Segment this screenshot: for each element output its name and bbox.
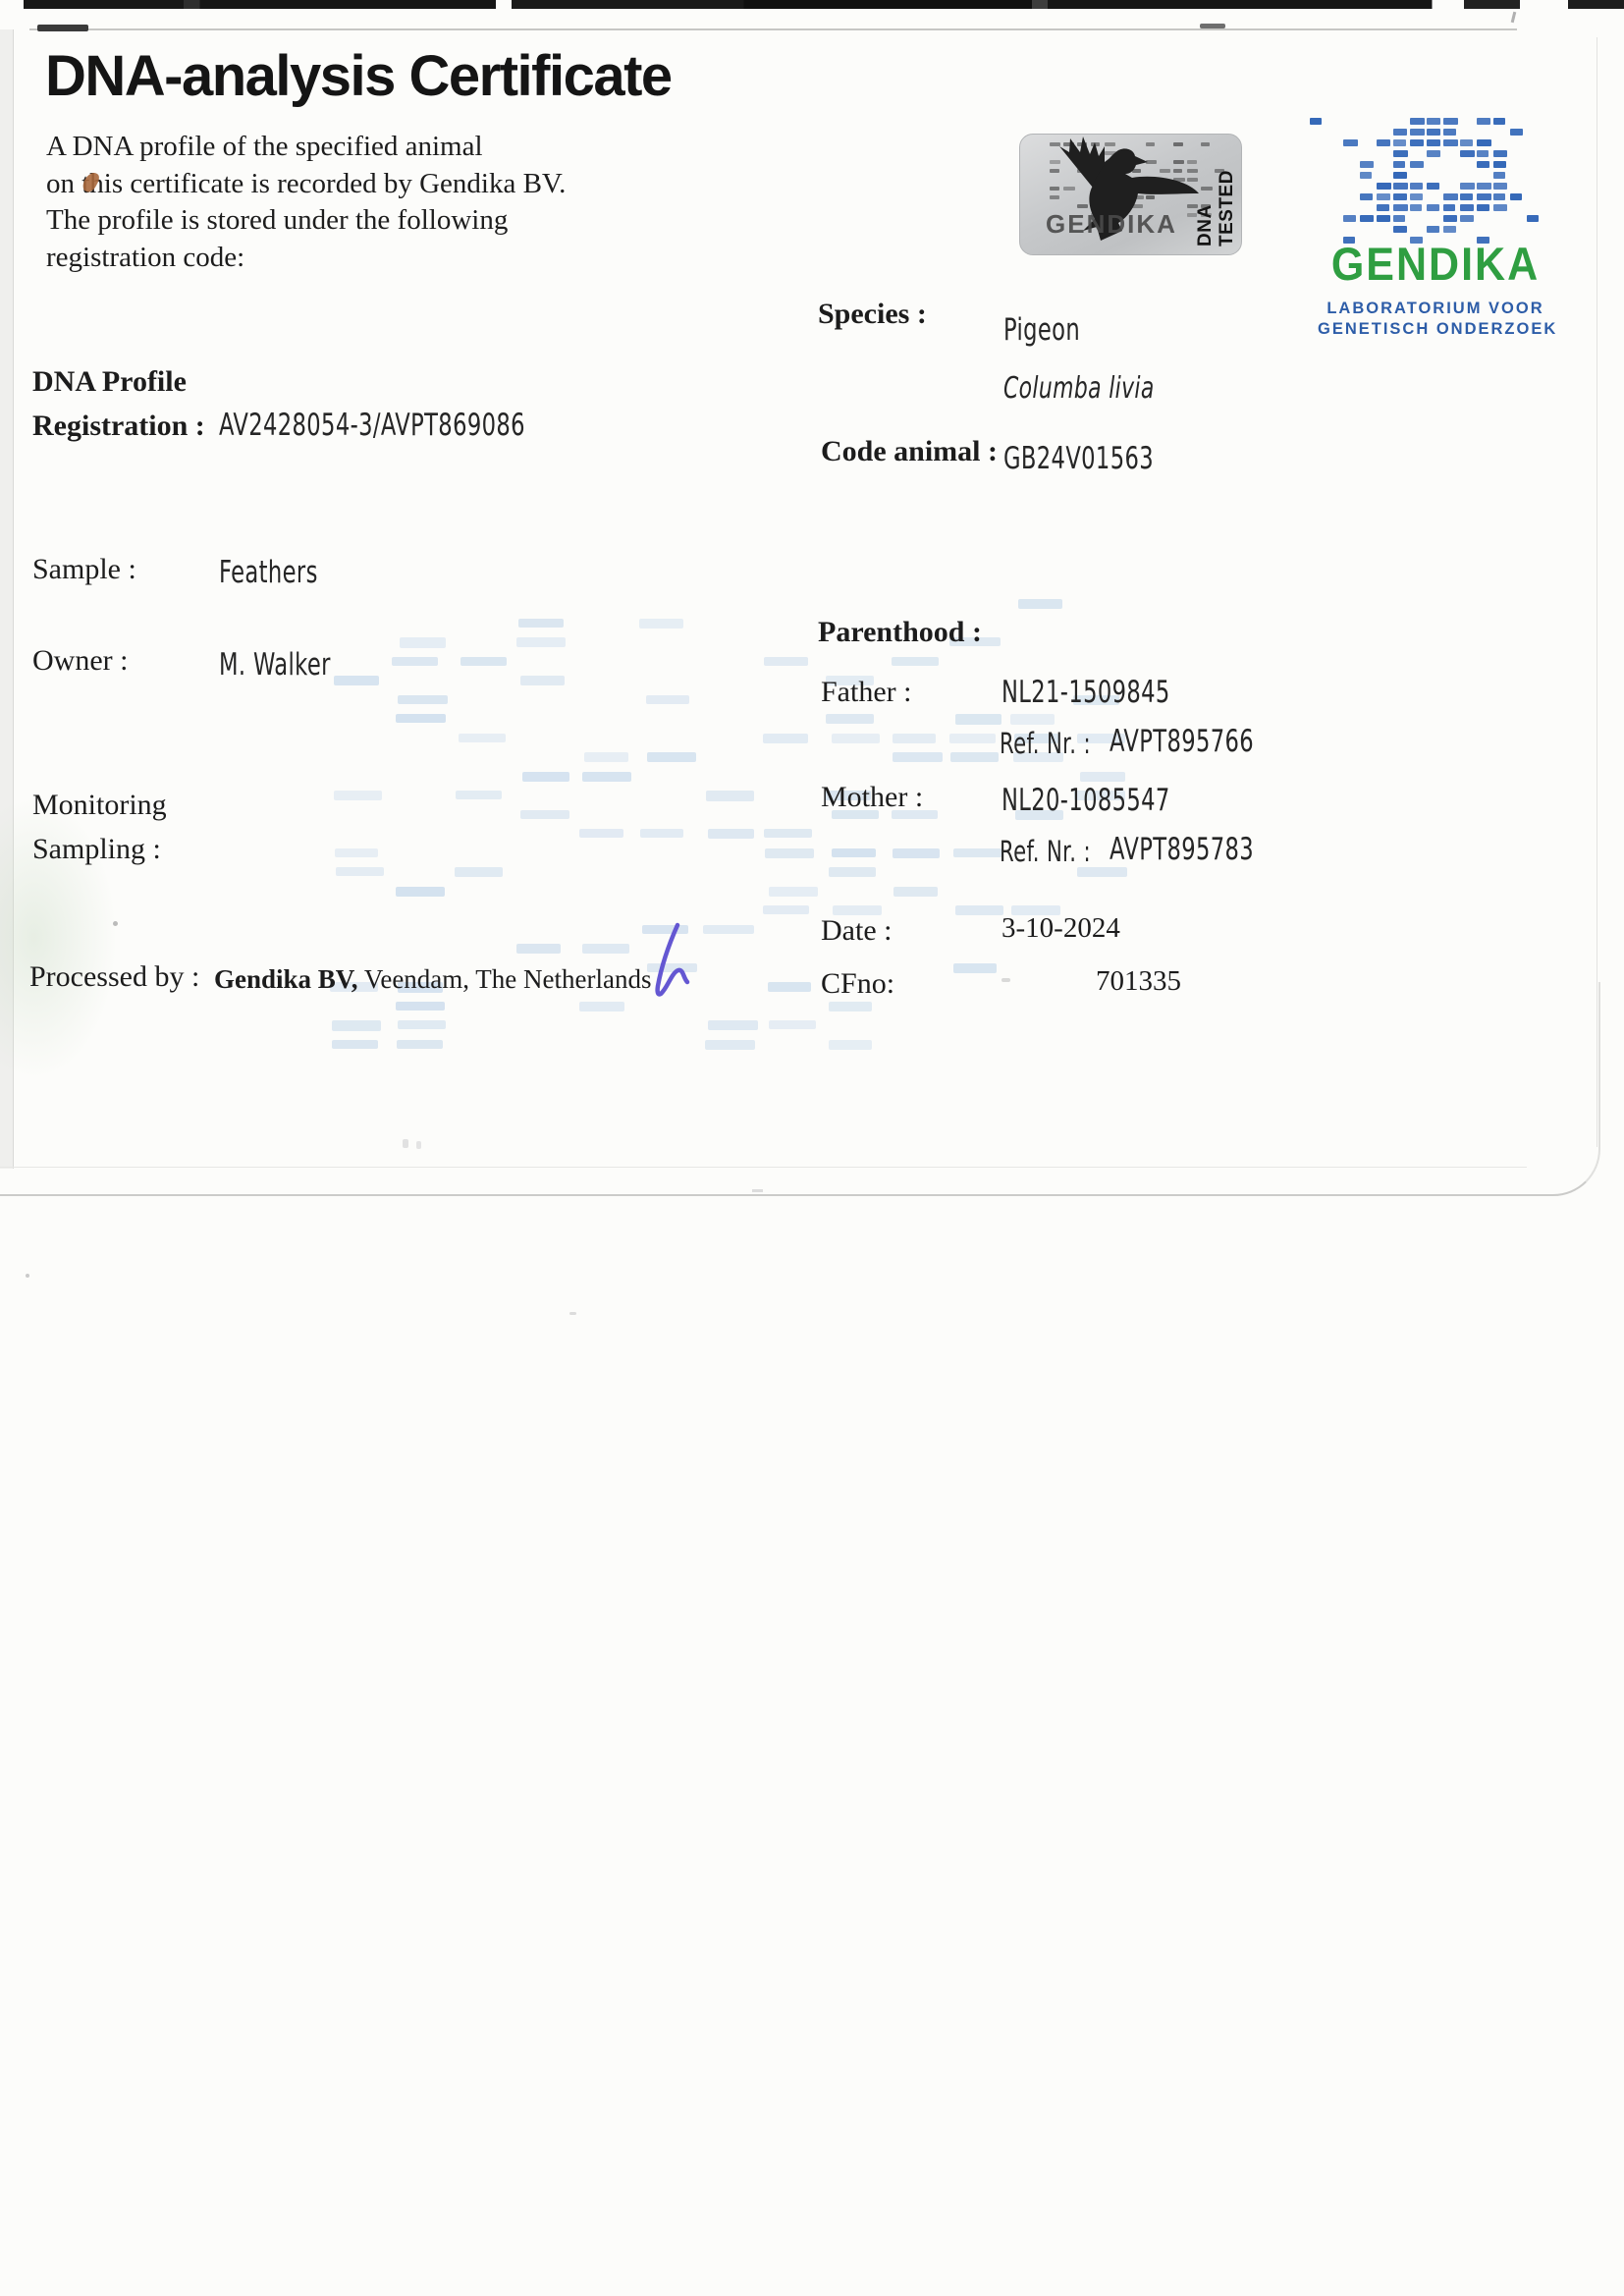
pattern-dash (829, 867, 876, 877)
pattern-dash (1443, 204, 1455, 211)
pattern-dash (708, 829, 754, 839)
pattern-dash (1393, 139, 1406, 146)
pattern-dash (1510, 129, 1523, 136)
pattern-dash (1477, 150, 1489, 157)
pattern-dash (1377, 139, 1390, 146)
pattern-dash (522, 772, 569, 783)
pattern-dash (584, 752, 628, 762)
pattern-dash (1377, 215, 1390, 222)
pattern-dash (1443, 193, 1458, 200)
scan-mark-top-left (37, 25, 88, 31)
pattern-dash (1460, 139, 1473, 146)
mother-ref-value: AVPT895783 (1110, 832, 1254, 867)
processed-location: Veendam, The Netherlands (358, 964, 652, 994)
pattern-dash (1427, 204, 1439, 211)
intro-line: The profile is stored under the followin… (46, 202, 566, 240)
pattern-dash (336, 867, 383, 876)
pattern-dash (455, 867, 502, 877)
pattern-dash (765, 848, 814, 858)
pattern-dash (392, 657, 438, 667)
cfno-label: CFno: (821, 967, 894, 1001)
card-bottom-edge (0, 982, 1600, 1196)
pattern-dash (1410, 129, 1425, 136)
pattern-dash (1343, 215, 1356, 222)
pattern-dash (763, 734, 808, 743)
species-label: Species : (818, 298, 927, 331)
pattern-dash (1427, 129, 1440, 136)
intro-line: registration code: (46, 240, 566, 277)
pattern-dash (460, 657, 507, 666)
pattern-dash (949, 734, 996, 743)
code-animal-label: Code animal : (821, 435, 998, 468)
pattern-dash (1377, 204, 1389, 211)
date-value: 3-10-2024 (1001, 912, 1120, 945)
gendika-logo-wordmark: GENDIKA (1318, 239, 1553, 292)
pattern-dash (1360, 215, 1374, 222)
pattern-dash (1377, 193, 1390, 200)
owner-value: M. Walker (219, 647, 331, 683)
pattern-dash (1310, 118, 1322, 125)
pattern-dash (892, 657, 939, 667)
pattern-dash (1443, 139, 1458, 146)
pattern-dash (1393, 161, 1405, 168)
scan-mark-top-right (1511, 12, 1517, 23)
pattern-dash (582, 772, 631, 783)
page-title: DNA-analysis Certificate (45, 43, 672, 109)
pattern-dash (1477, 204, 1489, 211)
mother-label: Mother : (821, 781, 923, 814)
pattern-dash (516, 637, 566, 647)
pattern-dash (520, 676, 566, 685)
pattern-dash (1018, 599, 1062, 609)
pattern-dash (1493, 150, 1507, 157)
pattern-dash (1427, 150, 1440, 157)
card-top-rule (29, 28, 1517, 30)
pattern-dash (1477, 193, 1491, 200)
sticker-dna-tested-text: DNA TESTED (1195, 142, 1238, 246)
pattern-dash (1493, 193, 1505, 200)
monitoring-label-line1: Monitoring (32, 789, 167, 822)
pattern-dash (1477, 161, 1489, 168)
processed-company: Gendika BV, (214, 964, 358, 994)
scan-speck (113, 921, 118, 926)
pattern-dash (1460, 193, 1473, 200)
pattern-dash (1493, 172, 1505, 179)
pattern-dash (1410, 161, 1424, 168)
pattern-dash (1393, 150, 1408, 157)
registration-label-line2: Registration : (32, 410, 205, 443)
pattern-dash (639, 619, 683, 629)
pattern-dash (1427, 226, 1439, 233)
pattern-dash (640, 829, 684, 838)
father-ref-value: AVPT895766 (1110, 724, 1254, 759)
pattern-dash (1393, 226, 1407, 233)
scan-top-edge (24, 0, 1624, 9)
intro-paragraph: A DNA profile of the specified animal on… (46, 129, 566, 276)
pattern-dash (579, 829, 623, 838)
pattern-dash (1527, 215, 1539, 222)
species-latin-name: Columba livia (1003, 371, 1155, 406)
pattern-dash (1393, 193, 1407, 200)
scan-speck (1001, 978, 1010, 982)
mother-value: NL20-1085547 (1001, 783, 1170, 818)
father-value: NL21-1509845 (1001, 675, 1170, 710)
pattern-dash (1393, 204, 1408, 211)
pen-checkmark (648, 921, 703, 1004)
pattern-dash (398, 695, 448, 705)
scan-mark-top-center (1200, 24, 1225, 28)
intro-line: A DNA profile of the specified animal (46, 129, 566, 166)
sample-label: Sample : (32, 553, 136, 586)
pattern-dash (955, 905, 1003, 915)
cfno-value: 701335 (1096, 965, 1181, 998)
scan-speck (569, 1312, 576, 1315)
processed-by-value: Gendika BV, Veendam, The Netherlands (214, 964, 651, 995)
species-value: Pigeon (1003, 312, 1080, 348)
pattern-dash (1360, 172, 1372, 179)
scan-speck (403, 1139, 408, 1148)
intro-line: on this certificate is recorded by Gendi… (46, 166, 566, 203)
scan-speck (752, 1189, 763, 1192)
pattern-dash (1393, 183, 1408, 190)
pattern-dash (769, 887, 818, 898)
pattern-dash (400, 637, 446, 648)
date-label: Date : (821, 914, 892, 948)
scan-speck (26, 1274, 29, 1278)
pattern-dash (1443, 215, 1457, 222)
registration-label-line1: DNA Profile (32, 365, 187, 399)
sample-value: Feathers (219, 555, 318, 590)
processed-by-label: Processed by : (29, 960, 199, 994)
pattern-dash (334, 676, 379, 685)
pattern-dash (1410, 118, 1425, 125)
pattern-dash (1443, 118, 1458, 125)
pattern-dash (1493, 183, 1507, 190)
gendika-logo-mosaic (1306, 114, 1586, 246)
parenthood-label: Parenthood : (818, 616, 982, 649)
pattern-dash (1410, 193, 1423, 200)
pattern-dash (953, 963, 998, 973)
pattern-dash (1427, 139, 1440, 146)
pattern-dash (826, 714, 874, 724)
pattern-dash (1460, 215, 1474, 222)
pattern-dash (1410, 139, 1424, 146)
pattern-dash (893, 887, 937, 897)
mother-ref-label: Ref. Nr. : (1000, 835, 1091, 868)
pattern-dash (1427, 183, 1439, 190)
pattern-dash (1493, 204, 1507, 211)
pattern-dash (582, 944, 629, 954)
pattern-dash (1477, 139, 1491, 146)
monitoring-label-line2: Sampling : (32, 833, 161, 866)
pattern-dash (1080, 772, 1125, 782)
pattern-dash (1427, 118, 1440, 125)
pattern-dash (459, 734, 506, 742)
pattern-dash (832, 848, 876, 857)
pattern-dash (1010, 714, 1055, 725)
pattern-dash (1460, 204, 1474, 211)
pattern-dash (334, 791, 382, 800)
pattern-dash (520, 810, 569, 819)
pattern-dash (893, 848, 941, 859)
pattern-dash (763, 905, 809, 914)
pattern-dash (1343, 139, 1358, 146)
pattern-dash (953, 848, 1003, 858)
pattern-dash (706, 791, 754, 801)
pattern-dash (955, 714, 1002, 725)
pattern-dash (764, 657, 808, 666)
pattern-dash (647, 752, 696, 762)
pattern-dash (335, 848, 378, 858)
pattern-dash (1360, 193, 1373, 200)
pattern-dash (1393, 172, 1407, 179)
pattern-dash (516, 944, 561, 954)
pattern-dash (1510, 193, 1522, 200)
pattern-dash (1377, 183, 1391, 190)
pattern-dash (1493, 118, 1505, 125)
pattern-dash (456, 791, 502, 799)
sticker-brand-text: GENDIKA (1046, 209, 1177, 240)
card-right-edge (1597, 37, 1597, 1147)
pattern-dash (396, 714, 446, 723)
pattern-dash (1410, 183, 1423, 190)
pattern-dash (832, 734, 879, 743)
scanned-certificate-page: DNA-analysis Certificate A DNA profile o… (0, 0, 1624, 2296)
pattern-dash (518, 619, 564, 629)
scan-speck (416, 1141, 421, 1149)
pattern-dash (1460, 150, 1475, 157)
pattern-dash (703, 925, 754, 935)
pattern-dash (1477, 183, 1491, 190)
pattern-dash (1393, 215, 1405, 222)
hologram-sticker: GENDIKA DNA TESTED (1019, 134, 1242, 255)
pattern-dash (764, 829, 812, 838)
pattern-dash (1443, 226, 1456, 233)
pattern-dash (893, 734, 936, 743)
code-animal-value: GB24V01563 (1003, 441, 1154, 476)
pattern-dash (950, 752, 999, 762)
pattern-dash (1493, 161, 1506, 168)
pattern-dash (1443, 129, 1456, 136)
gendika-logo-tagline: LABORATORIUM VOOR GENETISCH ONDERZOEK (1318, 299, 1553, 340)
owner-label: Owner : (32, 644, 128, 678)
tagline-line2: GENETISCH ONDERZOEK (1318, 319, 1553, 340)
registration-value: AV2428054-3/AVPT869086 (219, 408, 525, 443)
pattern-dash (1460, 183, 1475, 190)
pattern-dash (1393, 129, 1407, 136)
father-label: Father : (821, 676, 911, 709)
pattern-dash (1410, 204, 1422, 211)
pattern-dash (893, 752, 943, 762)
pattern-dash (396, 887, 446, 897)
pattern-dash (1077, 867, 1127, 877)
pattern-dash (1360, 161, 1374, 168)
pattern-dash (646, 695, 689, 705)
pattern-dash (1477, 118, 1490, 125)
father-ref-label: Ref. Nr. : (1000, 727, 1091, 760)
tagline-line1: LABORATORIUM VOOR (1318, 299, 1553, 319)
